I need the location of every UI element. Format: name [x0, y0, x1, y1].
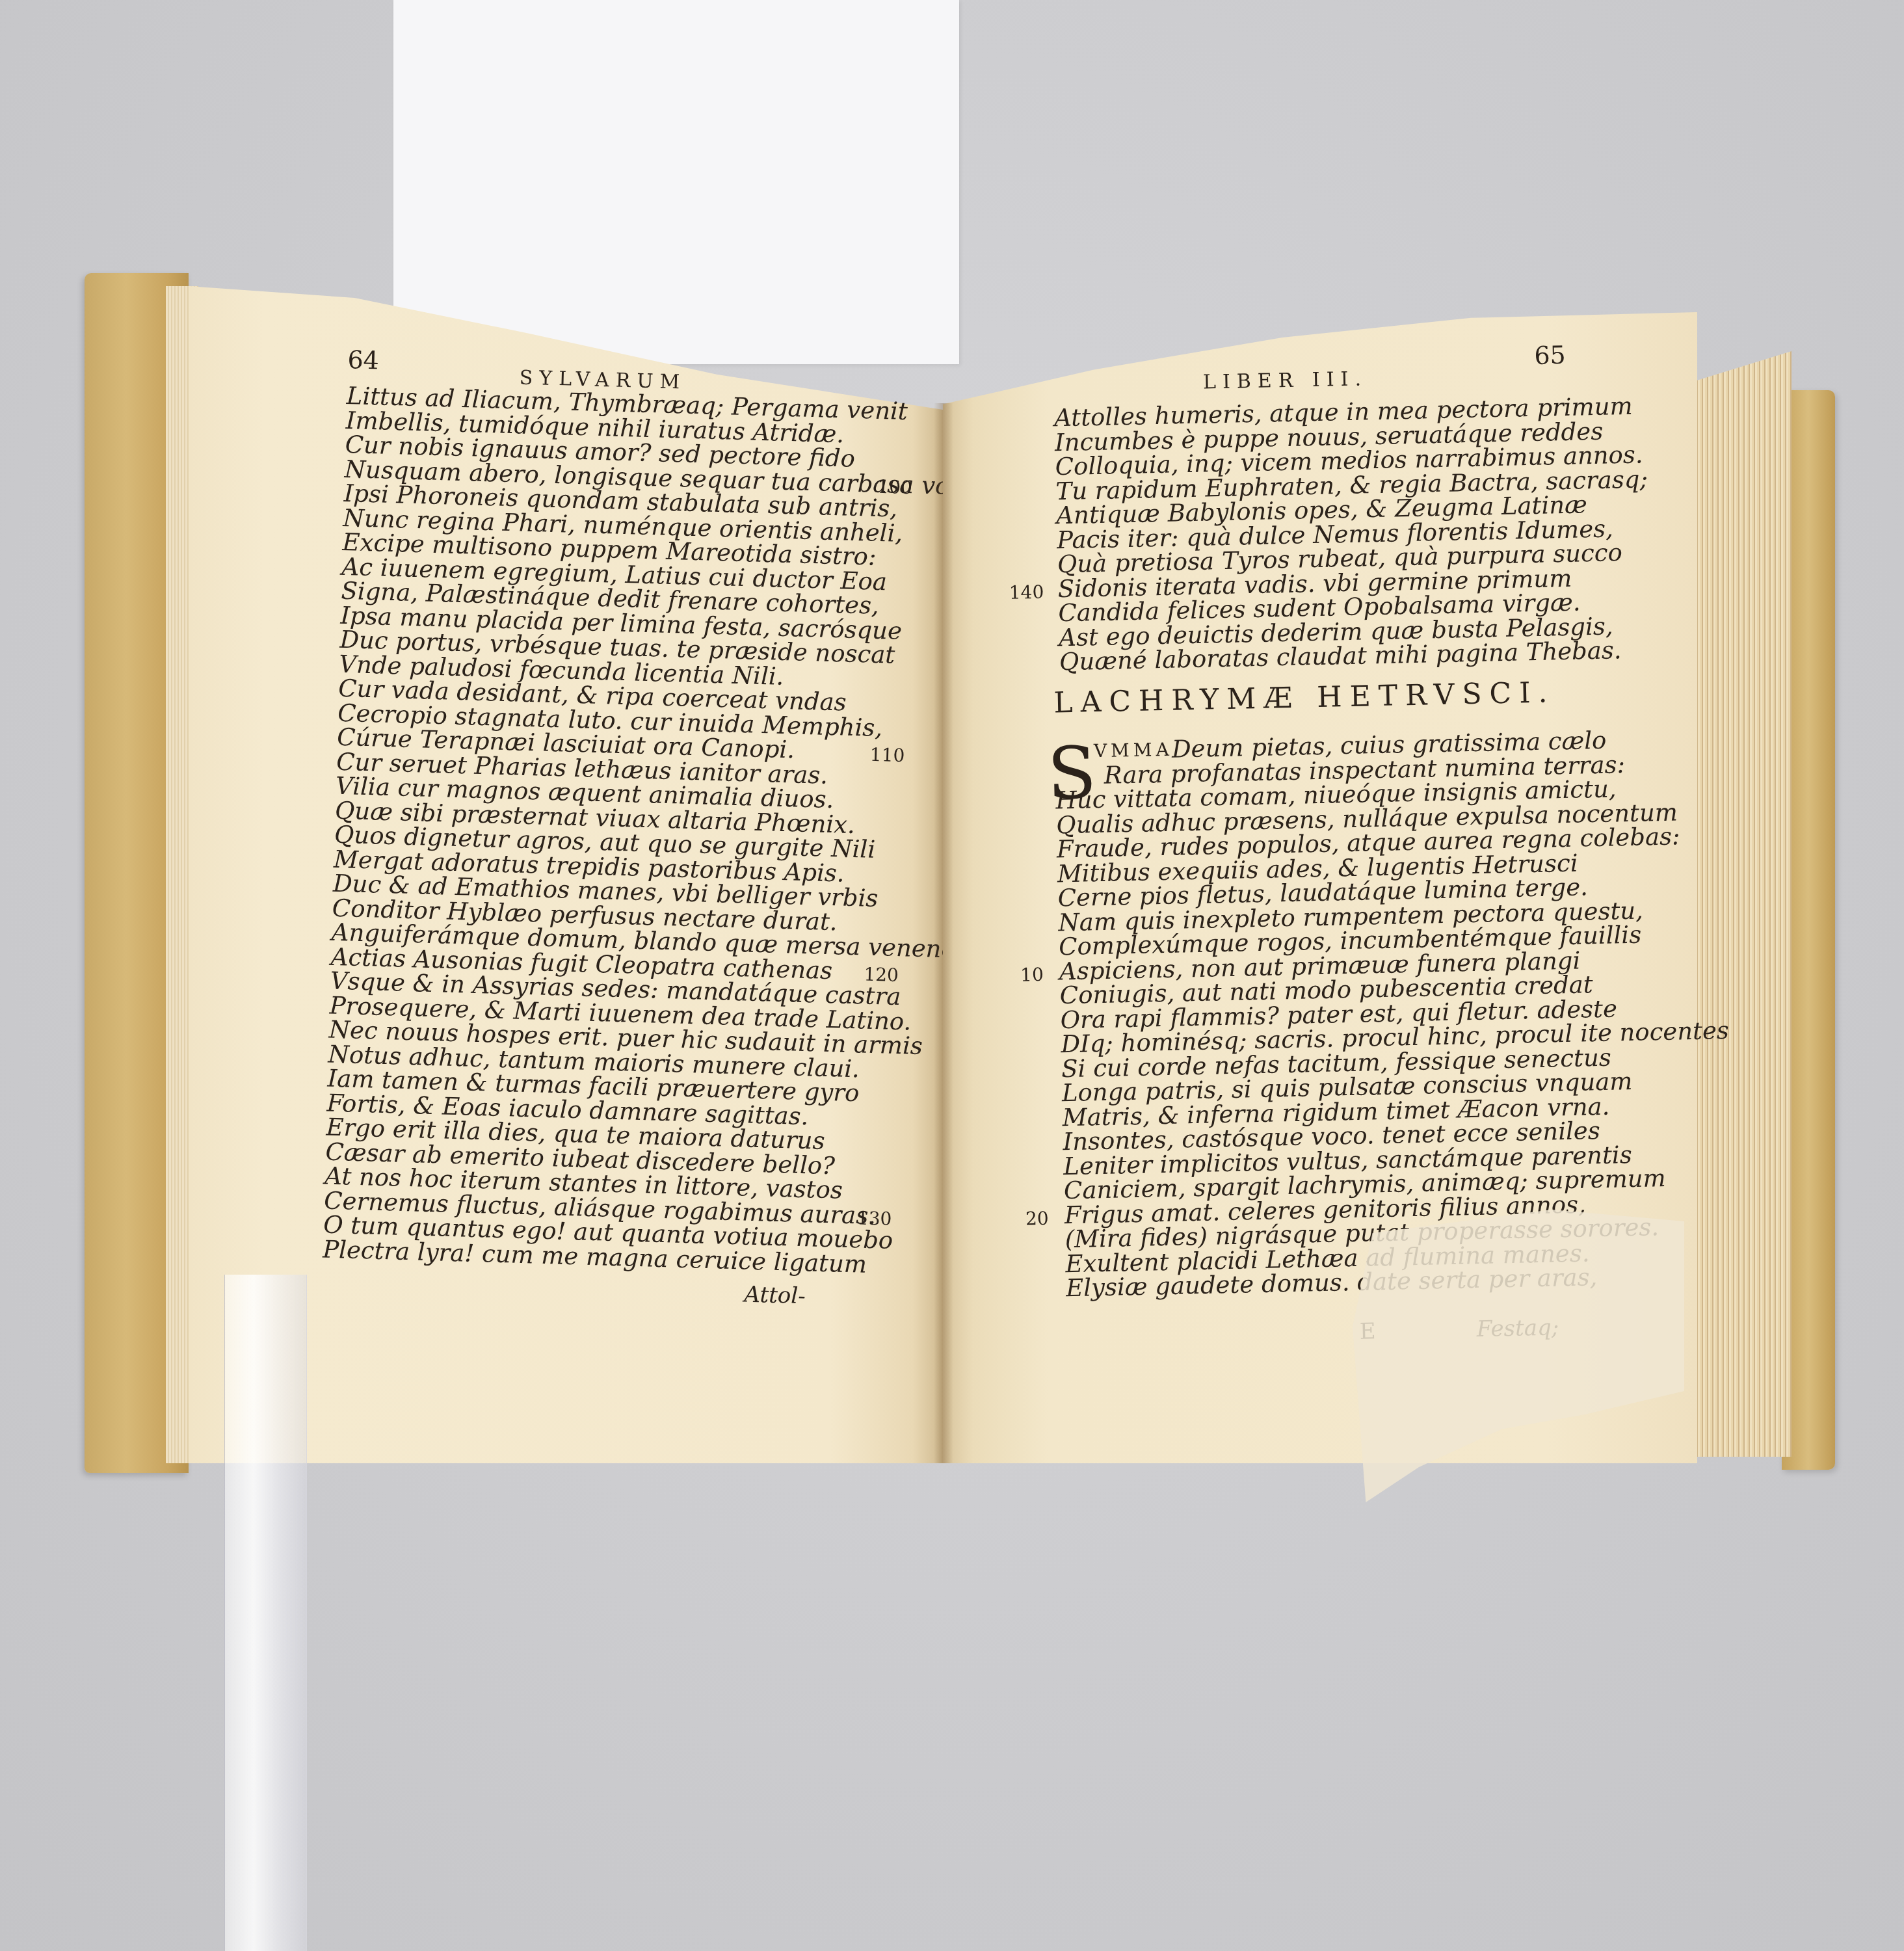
verse-block-top: Attolles humeris, atque in mea pectora p…	[1054, 393, 1652, 674]
line-number: 10	[1020, 962, 1044, 987]
white-paper-strip	[393, 0, 959, 364]
line-number: 20	[1025, 1206, 1049, 1230]
left-page-content: 64 SYLVARUM Littus ad Iliacum, Thymbræaq…	[317, 348, 933, 1469]
line-number: 140	[1009, 579, 1044, 605]
verse-block: Littus ad Iliacum, Thymbræaq; Pergama ve…	[323, 384, 990, 1279]
page-number: 64	[347, 348, 379, 373]
acrylic-book-stand	[224, 1275, 307, 1951]
catchword: Attol-	[744, 1283, 806, 1309]
poem-verse-block: Deum pietas, cuius gratissima cæloRara p…	[1055, 726, 1734, 1301]
book-gutter	[934, 403, 953, 1463]
poem-title: LACHRYMÆ HETRVSCI.	[1053, 680, 1555, 715]
page-number: 65	[1534, 343, 1566, 369]
running-head: LIBER III.	[1203, 367, 1368, 395]
